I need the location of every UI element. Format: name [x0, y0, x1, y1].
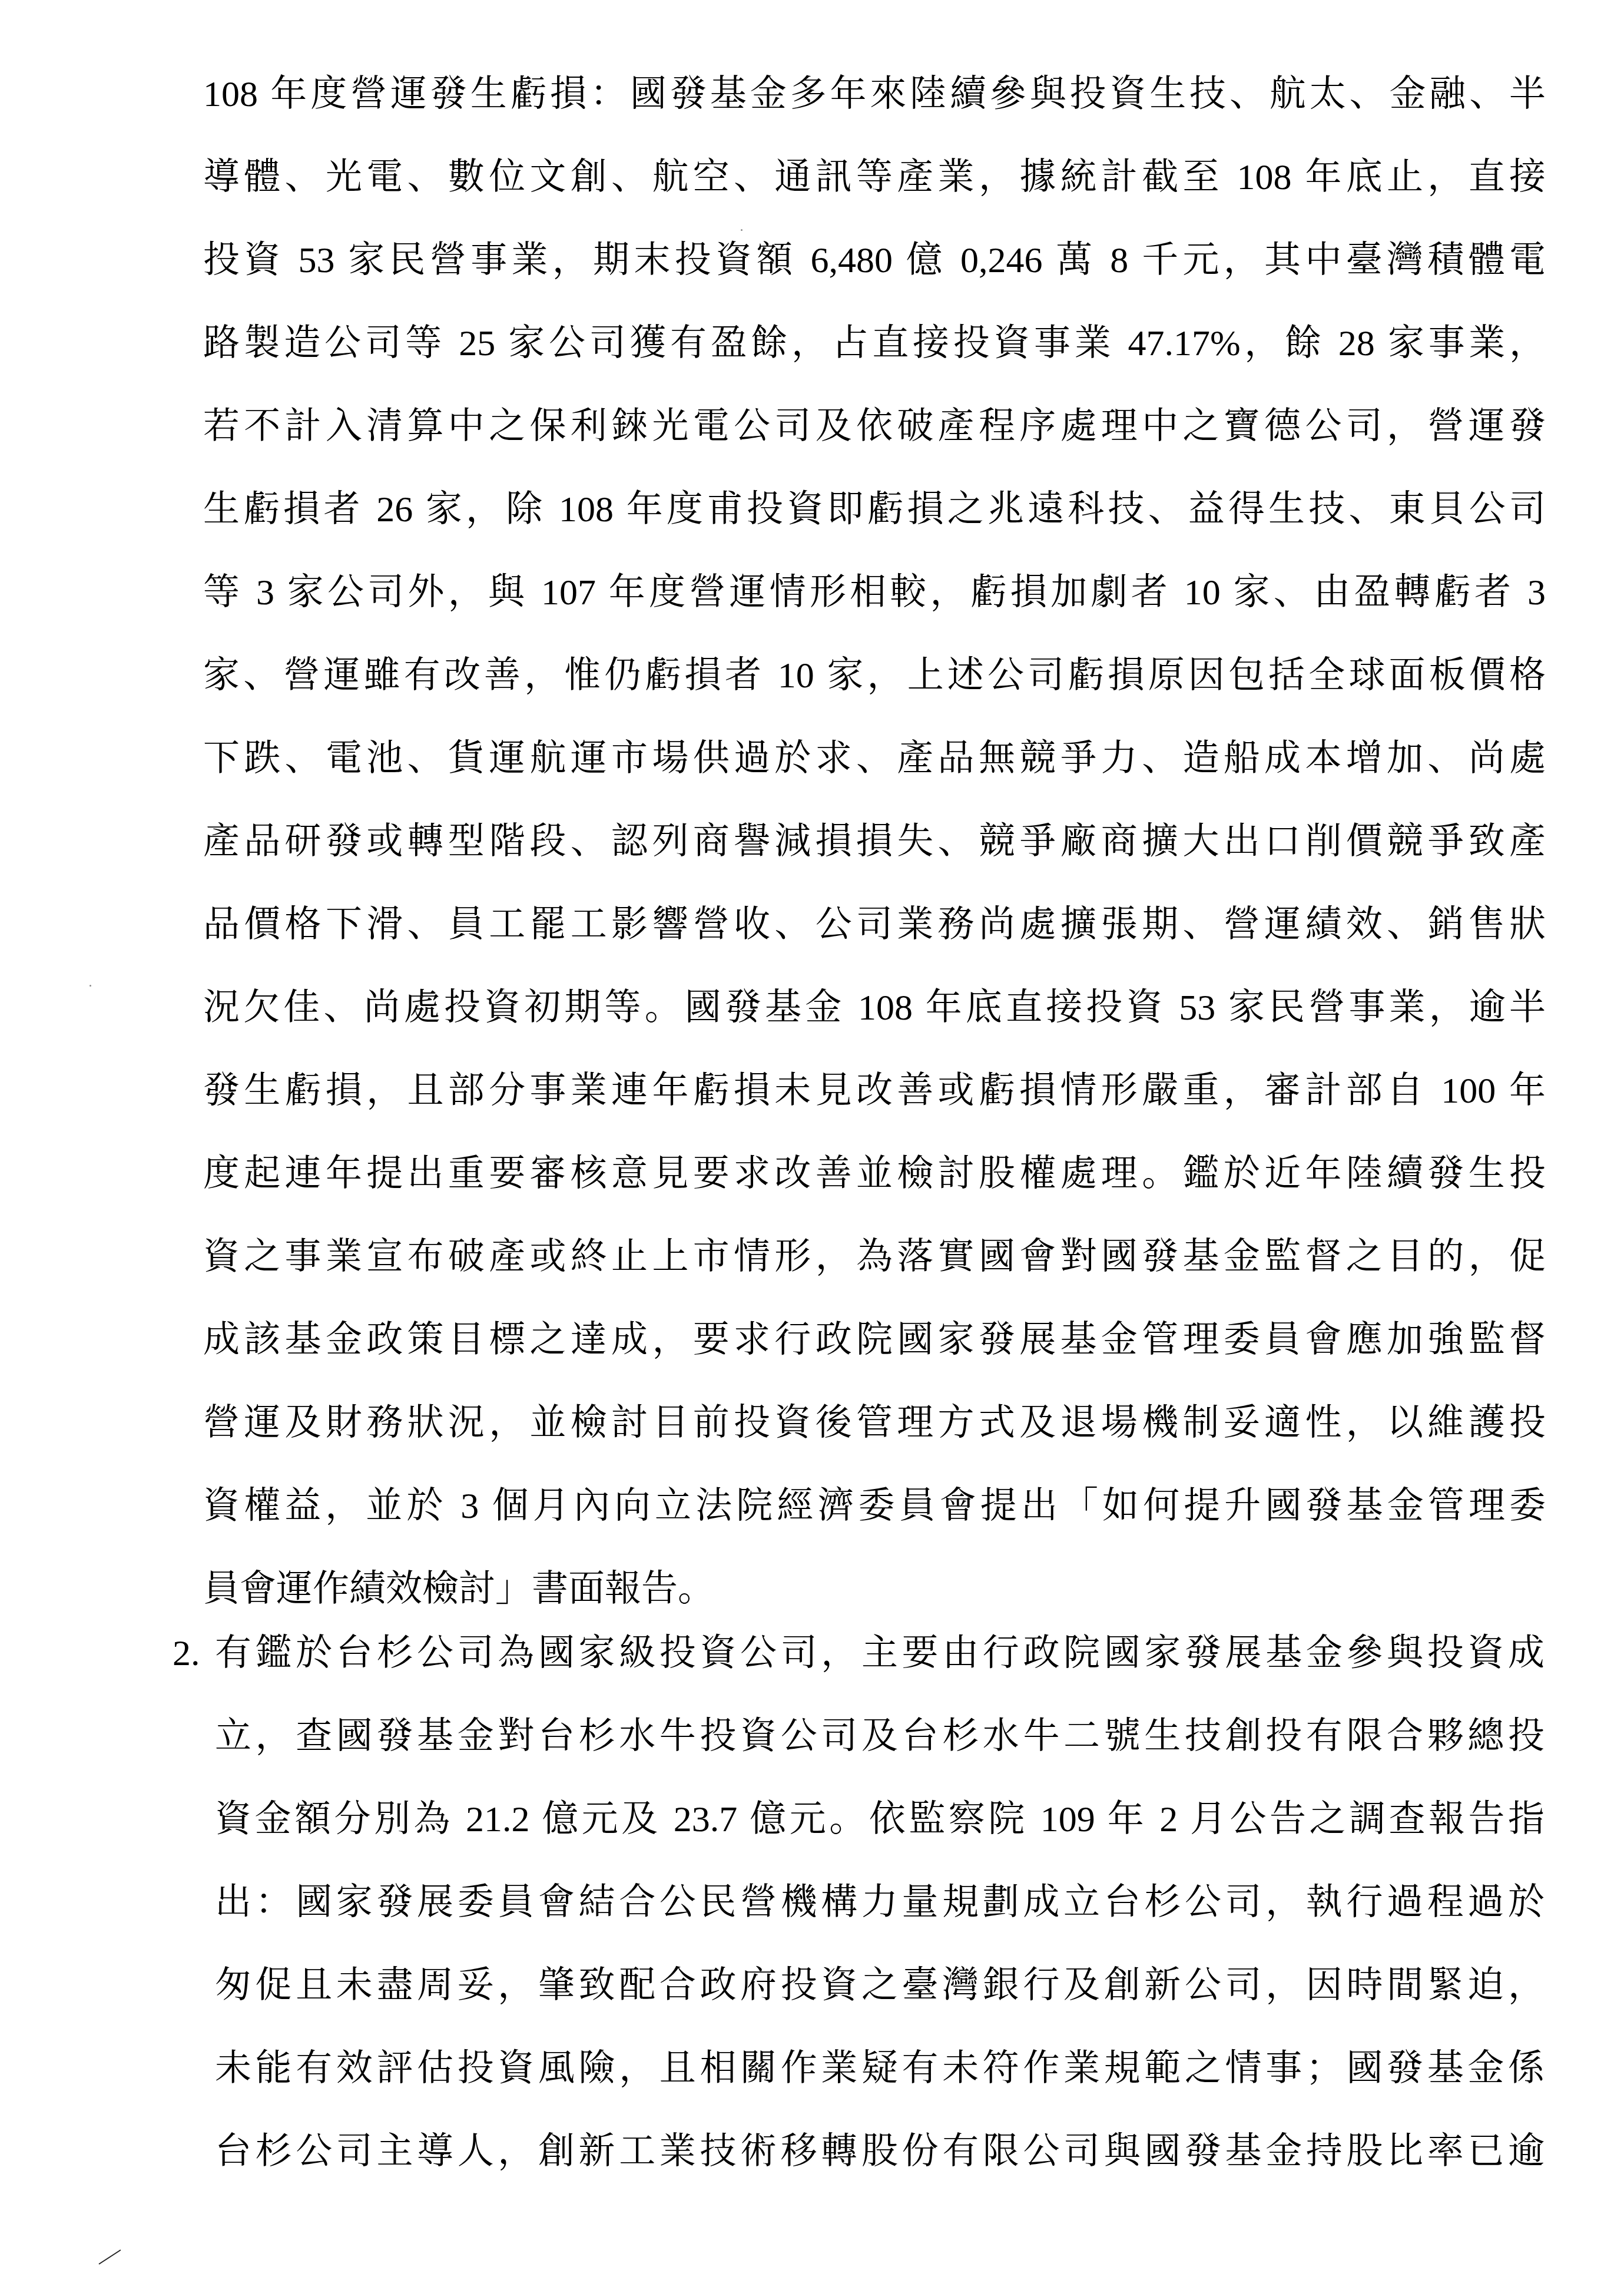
- text-line: 導體、光電、數位文創、航空、通訊等產業，據統計截至 108 年底止，直接: [203, 156, 1546, 239]
- text-line: 出：國家發展委員會結合公民營機構力量規劃成立台杉公司，執行過程過於: [215, 1881, 1545, 1964]
- text-line: 等 3 家公司外，與 107 年度營運情形相較，虧損加劇者 10 家、由盈轉虧者…: [203, 571, 1546, 654]
- text-line: 台杉公司主導人，創新工業技術移轉股份有限公司與國發基金持股比率已逾: [215, 2130, 1545, 2213]
- text-line: 有鑑於台杉公司為國家級投資公司，主要由行政院國家發展基金參與投資成: [215, 1632, 1545, 1715]
- list-item-number: 2.: [173, 1632, 200, 1675]
- text-line: 立，查國發基金對台杉水牛投資公司及台杉水牛二號生技創投有限合夥總投: [215, 1715, 1545, 1798]
- text-line: 家、營運雖有改善，惟仍虧損者 10 家，上述公司虧損原因包括全球面板價格: [203, 654, 1546, 737]
- text-line: 未能有效評估投資風險，且相關作業疑有未符作業規範之情事；國發基金係: [215, 2047, 1545, 2130]
- text-line: 資之事業宣布破產或終止上市情形，為落實國會對國發基金監督之目的，促: [203, 1236, 1546, 1319]
- text-line: 營運及財務狀況，並檢討目前投資後管理方式及退場機制妥適性，以維護投: [203, 1402, 1546, 1485]
- text-line: 品價格下滑、員工罷工影響營收、公司業務尚處擴張期、營運績效、銷售狀: [203, 904, 1546, 987]
- text-line: 路製造公司等 25 家公司獲有盈餘，占直接投資事業 47.17%，餘 28 家事…: [203, 322, 1546, 405]
- text-line: 資金額分別為 21.2 億元及 23.7 億元。依監察院 109 年 2 月公告…: [215, 1798, 1545, 1881]
- text-line: 成該基金政策目標之達成，要求行政院國家發展基金管理委員會應加強監督: [203, 1319, 1546, 1402]
- text-line: 發生虧損，且部分事業連年虧損未見改善或虧損情形嚴重，審計部自 100 年: [203, 1070, 1546, 1153]
- scan-artifact-stroke: [98, 2249, 121, 2265]
- text-line: 投資 53 家民營事業，期末投資額 6,480 億 0,246 萬 8 千元，其…: [203, 239, 1546, 322]
- text-line: 生虧損者 26 家，除 108 年度甫投資即虧損之兆遠科技、益得生技、東貝公司: [203, 488, 1546, 571]
- text-line: 108 年度營運發生虧損：國發基金多年來陸續參與投資生技、航太、金融、半: [203, 73, 1546, 156]
- document-page: 108 年度營運發生虧損：國發基金多年來陸續參與投資生技、航太、金融、半 導體、…: [0, 0, 1624, 2280]
- text-line: 資權益，並於 3 個月內向立法院經濟委員會提出「如何提升國發基金管理委: [203, 1485, 1546, 1568]
- text-line: 況欠佳、尚處投資初期等。國發基金 108 年底直接投資 53 家民營事業，逾半: [203, 987, 1546, 1070]
- scan-artifact-speck: [90, 985, 91, 987]
- text-line: 產品研發或轉型階段、認列商譽減損損失、競爭廠商擴大出口削價競爭致產: [203, 820, 1546, 904]
- scan-artifact-speck: [741, 229, 743, 231]
- text-line: 下跌、電池、貨運航運市場供過於求、產品無競爭力、造船成本增加、尚處: [203, 737, 1546, 820]
- text-line: 度起連年提出重要審核意見要求改善並檢討股權處理。鑑於近年陸續發生投: [203, 1153, 1546, 1236]
- text-line: 匆促且未盡周妥，肇致配合政府投資之臺灣銀行及創新公司，因時間緊迫，: [215, 1964, 1545, 2047]
- text-line: 若不計入清算中之保利錸光電公司及依破產程序處理中之寶德公司，營運發: [203, 405, 1546, 488]
